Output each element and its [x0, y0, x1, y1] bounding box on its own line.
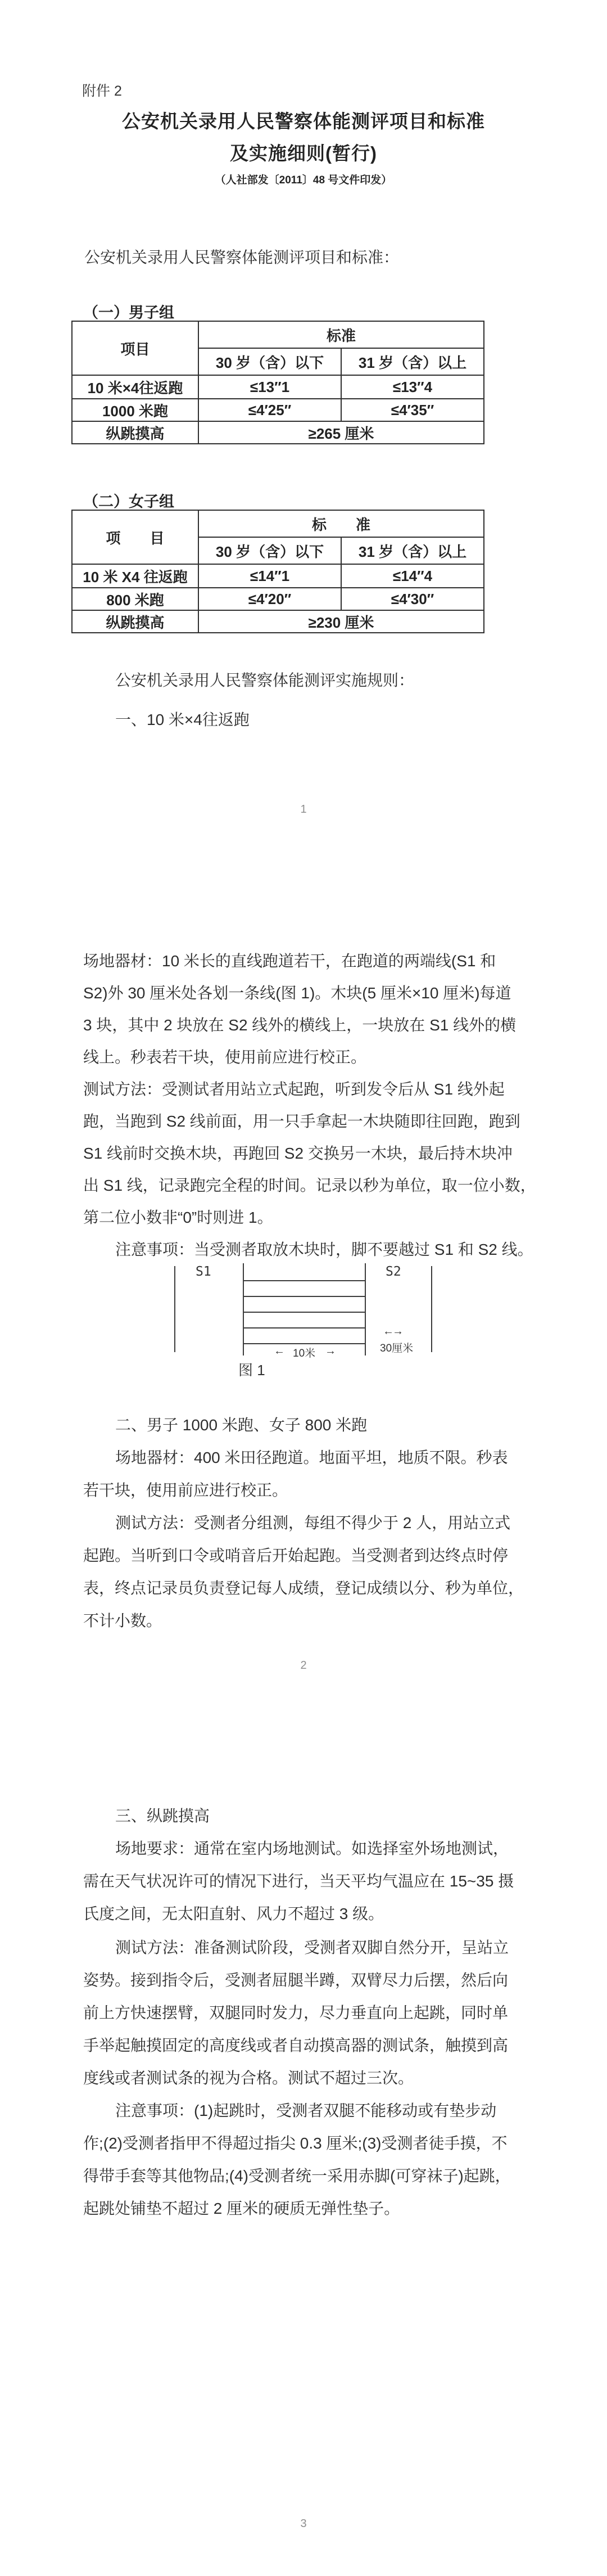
lane-line: [243, 1327, 365, 1328]
women-standards-table: 项 目 标 准 30 岁（含）以下 31 岁（含）以上 10 米 X4 往返跑 …: [71, 510, 484, 633]
table-cell-value: ≥265 厘米: [198, 421, 484, 444]
men-group-heading: （一）男子组: [83, 300, 174, 322]
body-line: 度线或者测试条的视为合格。测试不超过三次。: [83, 2066, 414, 2088]
table-cell-value: ≥230 厘米: [198, 610, 484, 633]
lane-line: [243, 1280, 365, 1281]
body-line: 表，终点记录员负责登记每人成绩，登记成绩以分、秒为单位，: [83, 1576, 524, 1598]
table-row: 纵跳摸高 ≥230 厘米: [72, 610, 484, 633]
section1-heading: 一、10 米×4往返跑: [115, 708, 250, 730]
rules-intro-line: 公安机关录用人民警察体能测评实施规则：: [115, 668, 414, 691]
page-number-3: 3: [0, 2518, 607, 2530]
body-line: 场地要求：通常在室内场地测试。如选择室外场地测试，: [115, 1836, 509, 1859]
table-cell-value: ≤13″4: [341, 375, 484, 399]
attachment-label: 附件 2: [82, 80, 122, 100]
body-line: 测试方法：受测者分组测，每组不得少于 2 人，用站立式: [115, 1511, 510, 1533]
body-line: 得带手套等其他物品;(4)受测者统一采用赤脚(可穿袜子)起跳，: [83, 2164, 511, 2186]
lane-line: [243, 1343, 365, 1344]
doc-title-line-1: 公安机关录用人民警察体能测评项目和标准: [0, 107, 607, 133]
body-line: 出 S1 线，记录跑完全程的时间。记录以秒为单位，取一位小数，: [83, 1173, 536, 1196]
figure-caption: 图 1: [238, 1359, 265, 1380]
table-header-age1: 30 岁（含）以下: [198, 537, 341, 564]
table-header-standard: 标 准: [198, 510, 484, 537]
body-line: 测试方法：准备测试阶段，受测者双脚自然分开，呈站立: [115, 1935, 509, 1958]
s1-line: [243, 1263, 244, 1355]
table-row: 项 目 标 准: [72, 510, 484, 537]
table-header-item: 项 目: [72, 510, 198, 564]
s1-line-label: S1: [196, 1264, 211, 1279]
body-line: 起跑。当听到口令或哨音后开始起跑。当受测者到达终点时停: [83, 1543, 508, 1566]
body-line: 注意事项：(1)起跳时，受测者双腿不能移动或有垫步动: [115, 2098, 496, 2121]
body-line: 若干块，使用前应进行校正。: [83, 1478, 288, 1501]
table-cell-value: ≤4′20″: [198, 588, 341, 610]
s2-line-label: S2: [386, 1264, 401, 1279]
body-line: 不计小数。: [83, 1609, 162, 1631]
body-line: 需在天气状况许可的情况下进行，当天平均气温应在 15~35 摄: [83, 1869, 514, 1892]
table-row: 10 米×4往返跑 ≤13″1 ≤13″4: [72, 375, 484, 399]
body-line: 3 块，其中 2 块放在 S2 线外的横线上，一块放在 S1 线外的横: [83, 1013, 516, 1035]
table-header-age2: 31 岁（含）以上: [341, 348, 484, 375]
gap-width-label: 30厘米: [380, 1340, 413, 1355]
table-row: 10 米 X4 往返跑 ≤14″1 ≤14″4: [72, 564, 484, 588]
double-arrow-icon: ←→: [383, 1325, 402, 1338]
left-arrow-icon: ←: [274, 1345, 285, 1358]
section3-heading: 三、纵跳摸高: [115, 1804, 210, 1826]
body-line: 场地器材：10 米长的直线跑道若干，在跑道的两端线(S1 和: [83, 949, 496, 971]
table-cell-item: 10 米 X4 往返跑: [72, 564, 198, 588]
table-header-standard: 标准: [198, 321, 484, 348]
table-row: 项目 标准: [72, 321, 484, 348]
table-header-item: 项目: [72, 321, 198, 375]
table-cell-item: 1000 米跑: [72, 399, 198, 421]
table-cell-value: ≤4′35″: [341, 399, 484, 421]
body-line: 线上。秒表若干块，使用前应进行校正。: [83, 1045, 366, 1068]
table-cell-item: 10 米×4往返跑: [72, 375, 198, 399]
table-cell-item: 纵跳摸高: [72, 610, 198, 633]
table-header-age2: 31 岁（含）以上: [341, 537, 484, 564]
table-cell-value: ≤4′25″: [198, 399, 341, 421]
lane-line: [243, 1312, 365, 1313]
body-line: 作;(2)受测者指甲不得超过指尖 0.3 厘米;(3)受测者徒手摸，不: [83, 2131, 508, 2154]
outer-left-line: [174, 1266, 175, 1352]
body-line: 姿势。接到指令后，受测者屈腿半蹲，双臂尽力后摆，然后向: [83, 1968, 508, 1990]
table-cell-value: ≤13″1: [198, 375, 341, 399]
body-line: 第二位小数非“0”时则进 1。: [83, 1205, 273, 1228]
body-line: 跑，当跑到 S2 线前面，用一只手拿起一木块随即往回跑，跑到: [83, 1109, 520, 1132]
doc-number: （人社部发〔2011〕48 号文件印发）: [0, 172, 607, 187]
intro-line: 公安机关录用人民警察体能测评项目和标准：: [84, 245, 399, 268]
table-cell-value: ≤14″4: [341, 564, 484, 588]
body-line: 手举起触摸固定的高度线或者自动摸高器的测试条，触摸到高: [83, 2033, 508, 2056]
body-line: 前上方快速摆臂，双腿同时发力，尽力垂直向上起跳，同时单: [83, 2001, 508, 2023]
body-line: 场地器材：400 米田径跑道。地面平坦，地质不限。秒表: [115, 1445, 508, 1468]
right-arrow-icon: →: [325, 1345, 336, 1358]
page-number-2: 2: [0, 1659, 607, 1672]
women-group-heading: （二）女子组: [83, 489, 174, 511]
section2-heading: 二、男子 1000 米跑、女子 800 米跑: [115, 1413, 367, 1435]
body-line: 起跳处铺垫不超过 2 厘米的硬质无弹性垫子。: [83, 2196, 400, 2219]
table-cell-item: 纵跳摸高: [72, 421, 198, 444]
table-cell-item: 800 米跑: [72, 588, 198, 610]
table-cell-value: ≤4′30″: [341, 588, 484, 610]
body-line: 氏度之间，无太阳直射、风力不超过 3 级。: [83, 1902, 384, 1924]
table-row: 1000 米跑 ≤4′25″ ≤4′35″: [72, 399, 484, 421]
body-line: 测试方法：受测试者用站立式起跑，听到发令后从 S1 线外起: [83, 1077, 505, 1100]
table-row: 纵跳摸高 ≥265 厘米: [72, 421, 484, 444]
table-cell-value: ≤14″1: [198, 564, 341, 588]
s2-line: [365, 1263, 366, 1355]
outer-right-line: [431, 1266, 432, 1352]
table-row: 800 米跑 ≤4′20″ ≤4′30″: [72, 588, 484, 610]
doc-title-line-2: 及实施细则(暂行): [0, 139, 607, 165]
men-standards-table: 项目 标准 30 岁（含）以下 31 岁（含）以上 10 米×4往返跑 ≤13″…: [71, 321, 484, 444]
table-header-age1: 30 岁（含）以下: [198, 348, 341, 375]
lane-line: [243, 1296, 365, 1297]
body-line: 注意事项：当受测者取放木块时，脚不要越过 S1 和 S2 线。: [115, 1237, 533, 1260]
body-line: S1 线前时交换木块，再跑回 S2 交换另一木块，最后持木块冲: [83, 1141, 513, 1164]
page-number-1: 1: [0, 803, 607, 816]
body-line: S2)外 30 厘米处各划一条线(图 1)。木块(5 厘米×10 厘米)每道: [83, 981, 511, 1003]
track-length-label: 10米: [293, 1345, 315, 1360]
